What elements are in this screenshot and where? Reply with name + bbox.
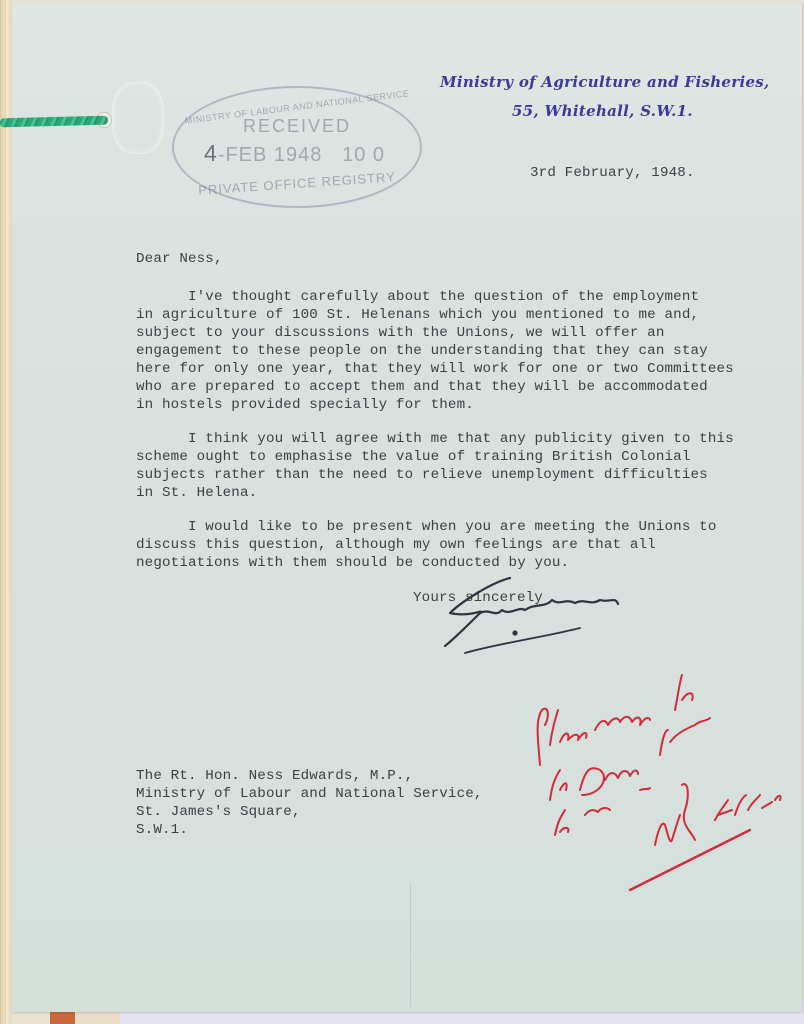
handwritten-annotation	[520, 670, 800, 900]
paragraph-2: I think you will agree with me that any …	[136, 430, 734, 502]
underlying-tab-pale	[75, 1012, 120, 1024]
letter-date: 3rd February, 1948.	[530, 164, 695, 182]
stamp-date: FEB 1948	[225, 144, 322, 166]
underlying-tab	[50, 1012, 75, 1024]
letterhead-organisation: Ministry of Agriculture and Fisheries,	[440, 73, 770, 91]
embossed-crest	[112, 82, 164, 154]
stamp-day: 4	[204, 140, 218, 166]
received-stamp: MINISTRY OF LABOUR AND NATIONAL SERVICE …	[172, 86, 422, 208]
recipient-address: The Rt. Hon. Ness Edwards, M.P., Ministr…	[136, 767, 483, 839]
paragraph-1: I've thought carefully about the questio…	[136, 288, 734, 414]
signature	[440, 568, 640, 658]
salutation: Dear Ness,	[136, 250, 223, 268]
stamp-date-line: 4-FEB 1948 10 0	[204, 140, 385, 167]
page-fold-crease	[410, 882, 411, 1007]
stamp-status: RECEIVED	[174, 116, 420, 137]
paragraph-3: I would like to be present when you are …	[136, 518, 716, 572]
stamp-time: 10 0	[342, 144, 385, 166]
letterhead-address: 55, Whitehall, S.W.1.	[512, 102, 693, 120]
